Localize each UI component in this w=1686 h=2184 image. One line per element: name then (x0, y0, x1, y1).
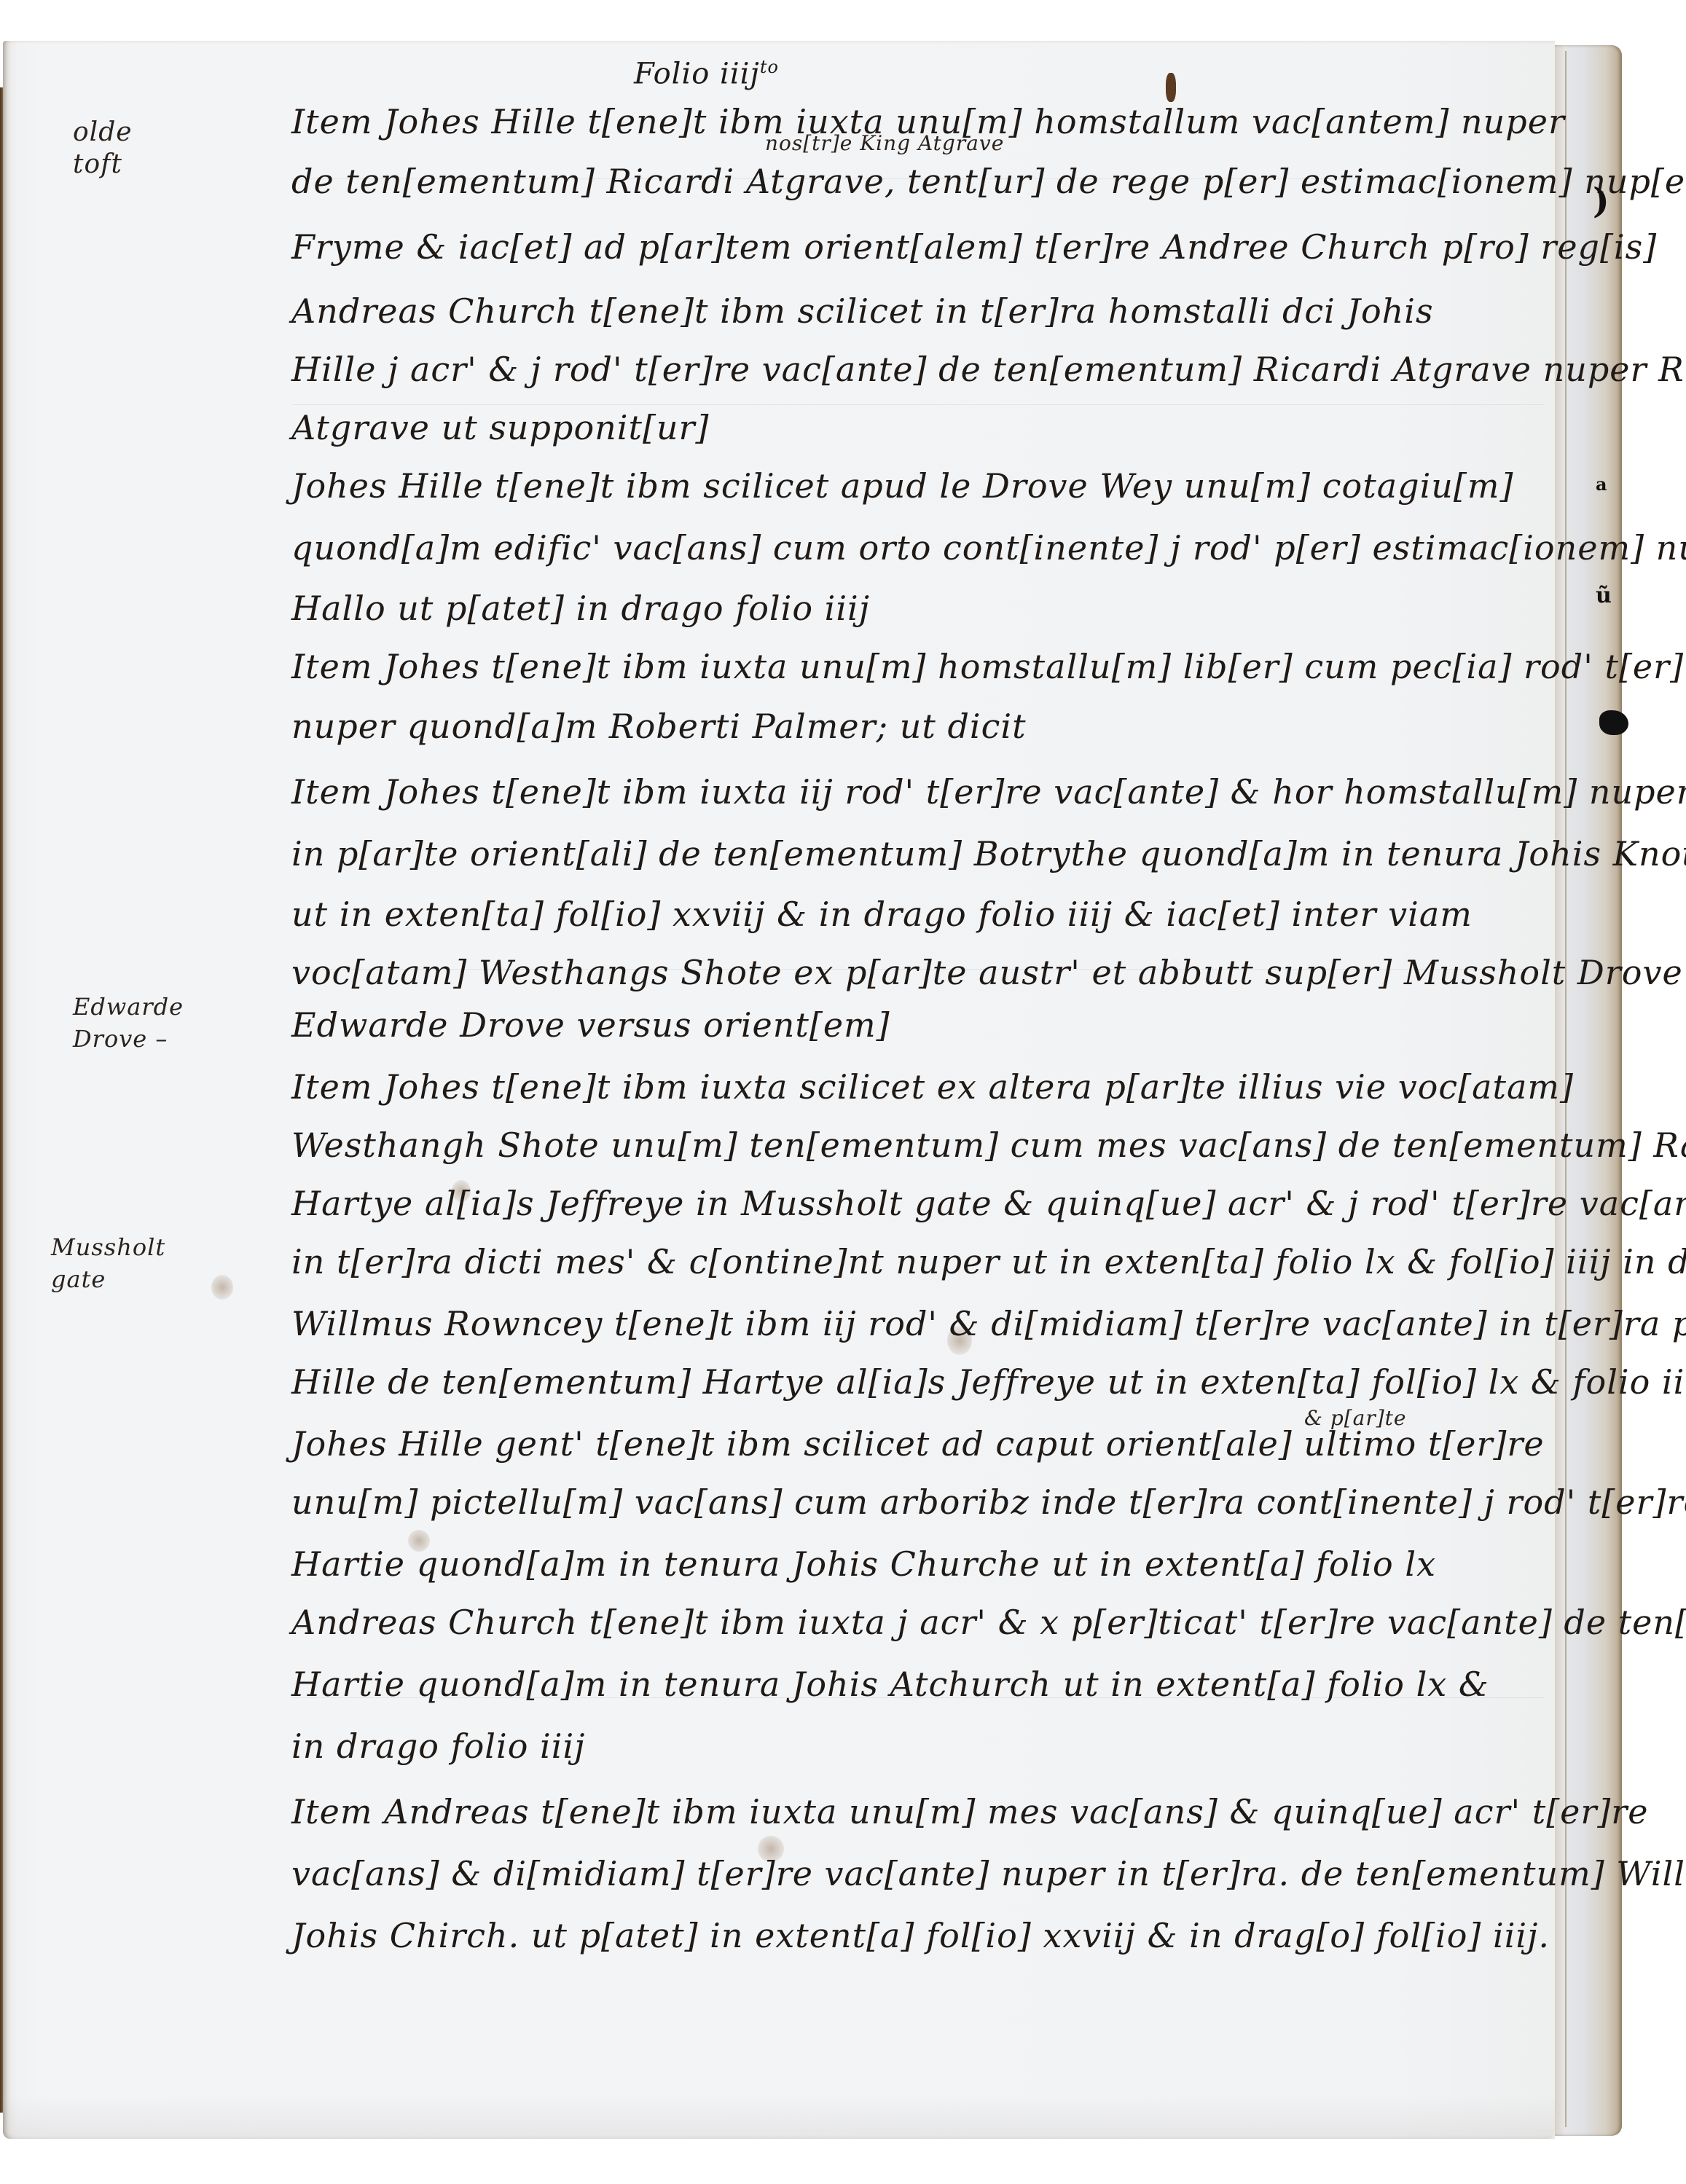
text-line-3: Fryme & iac[et] ad p[ar]tem orient[alem]… (291, 227, 1657, 267)
ink-stain (1166, 73, 1176, 102)
text-line-21: Willmus Rowncey t[ene]t ibm iij rod' & d… (291, 1304, 1686, 1343)
ink-blot-icon (1599, 710, 1628, 735)
text-line-6: Atgrave ut supponit[ur] (291, 408, 709, 447)
text-line-14: ut in exten[ta] fol[io] xxviij & in drag… (291, 895, 1473, 934)
edge-mark: ũ (1596, 583, 1612, 608)
text-line-2: de ten[ementum] Ricardi Atgrave, tent[ur… (291, 162, 1686, 201)
text-line-11: nuper quond[a]m Roberti Palmer; ut dicit (291, 707, 1027, 746)
text-line-7: Johes Hille t[ene]t ibm scilicet apud le… (291, 466, 1513, 506)
text-line-15: voc[atam] Westhangs Shote ex p[ar]te aus… (291, 953, 1686, 992)
foxing-stain (211, 1275, 233, 1300)
text-line-5: Hille j acr' & j rod' t[er]re vac[ante] … (291, 350, 1686, 389)
text-line-18: Westhangh Shote unu[m] ten[ementum] cum … (291, 1126, 1686, 1165)
text-line-30: vac[ans] & di[midiam] t[er]re vac[ante] … (291, 1854, 1686, 1893)
folio-label: Folio iiij (634, 57, 760, 90)
text-line-23: Johes Hille gent' t[ene]t ibm scilicet a… (291, 1424, 1545, 1464)
text-line-22: Hille de ten[ementum] Hartye al[ia]s Jef… (291, 1362, 1686, 1402)
margin-note-edwarde-drove: Edwarde Drove – (73, 991, 184, 1055)
text-line-20: in t[er]ra dicti mes' & c[ontine]nt nupe… (291, 1242, 1686, 1281)
text-line-8: quond[a]m edific' vac[ans] cum orto cont… (291, 528, 1686, 567)
margin-note-mussholt-gate: Mussholt gate (51, 1231, 165, 1295)
text-line-4: Andreas Church t[ene]t ibm scilicet in t… (291, 291, 1434, 331)
text-line-24: unu[m] pictellu[m] vac[ans] cum arboribz… (291, 1482, 1686, 1522)
text-line-31: Johis Chirch. ut p[atet] in extent[a] fo… (291, 1916, 1550, 1955)
folio-header: Folio iiijto (634, 57, 779, 90)
folio-superscript: to (760, 57, 779, 77)
text-line-16: Edwarde Drove versus orient[em] (291, 1005, 890, 1045)
text-line-1: Item Johes Hille t[ene]t ibm iuxta unu[m… (291, 102, 1565, 141)
text-line-28: in drago folio iiij (291, 1727, 585, 1766)
ruling-line (291, 404, 1545, 405)
text-line-19: Hartye al[ia]s Jeffreye in Mussholt gate… (291, 1184, 1686, 1223)
text-line-26: Andreas Church t[ene]t ibm iuxta j acr' … (291, 1603, 1686, 1642)
text-line-27: Hartie quond[a]m in tenura Johis Atchurc… (291, 1665, 1489, 1704)
text-line-17: Item Johes t[ene]t ibm iuxta scilicet ex… (291, 1067, 1574, 1107)
text-line-13: in p[ar]te orient[ali] de ten[ementum] B… (291, 834, 1686, 873)
text-line-10: Item Johes t[ene]t ibm iuxta unu[m] homs… (291, 647, 1686, 686)
edge-mark: a (1596, 474, 1607, 495)
text-line-25: Hartie quond[a]m in tenura Johis Churche… (291, 1544, 1436, 1584)
margin-note-olde-toft: olde toft (73, 117, 133, 181)
text-line-9: Hallo ut p[atet] in drago folio iiij (291, 589, 870, 628)
text-line-12: Item Johes t[ene]t ibm iuxta iij rod' t[… (291, 772, 1686, 812)
text-line-29: Item Andreas t[ene]t ibm iuxta unu[m] me… (291, 1792, 1649, 1831)
edge-mark: ) (1593, 181, 1609, 221)
